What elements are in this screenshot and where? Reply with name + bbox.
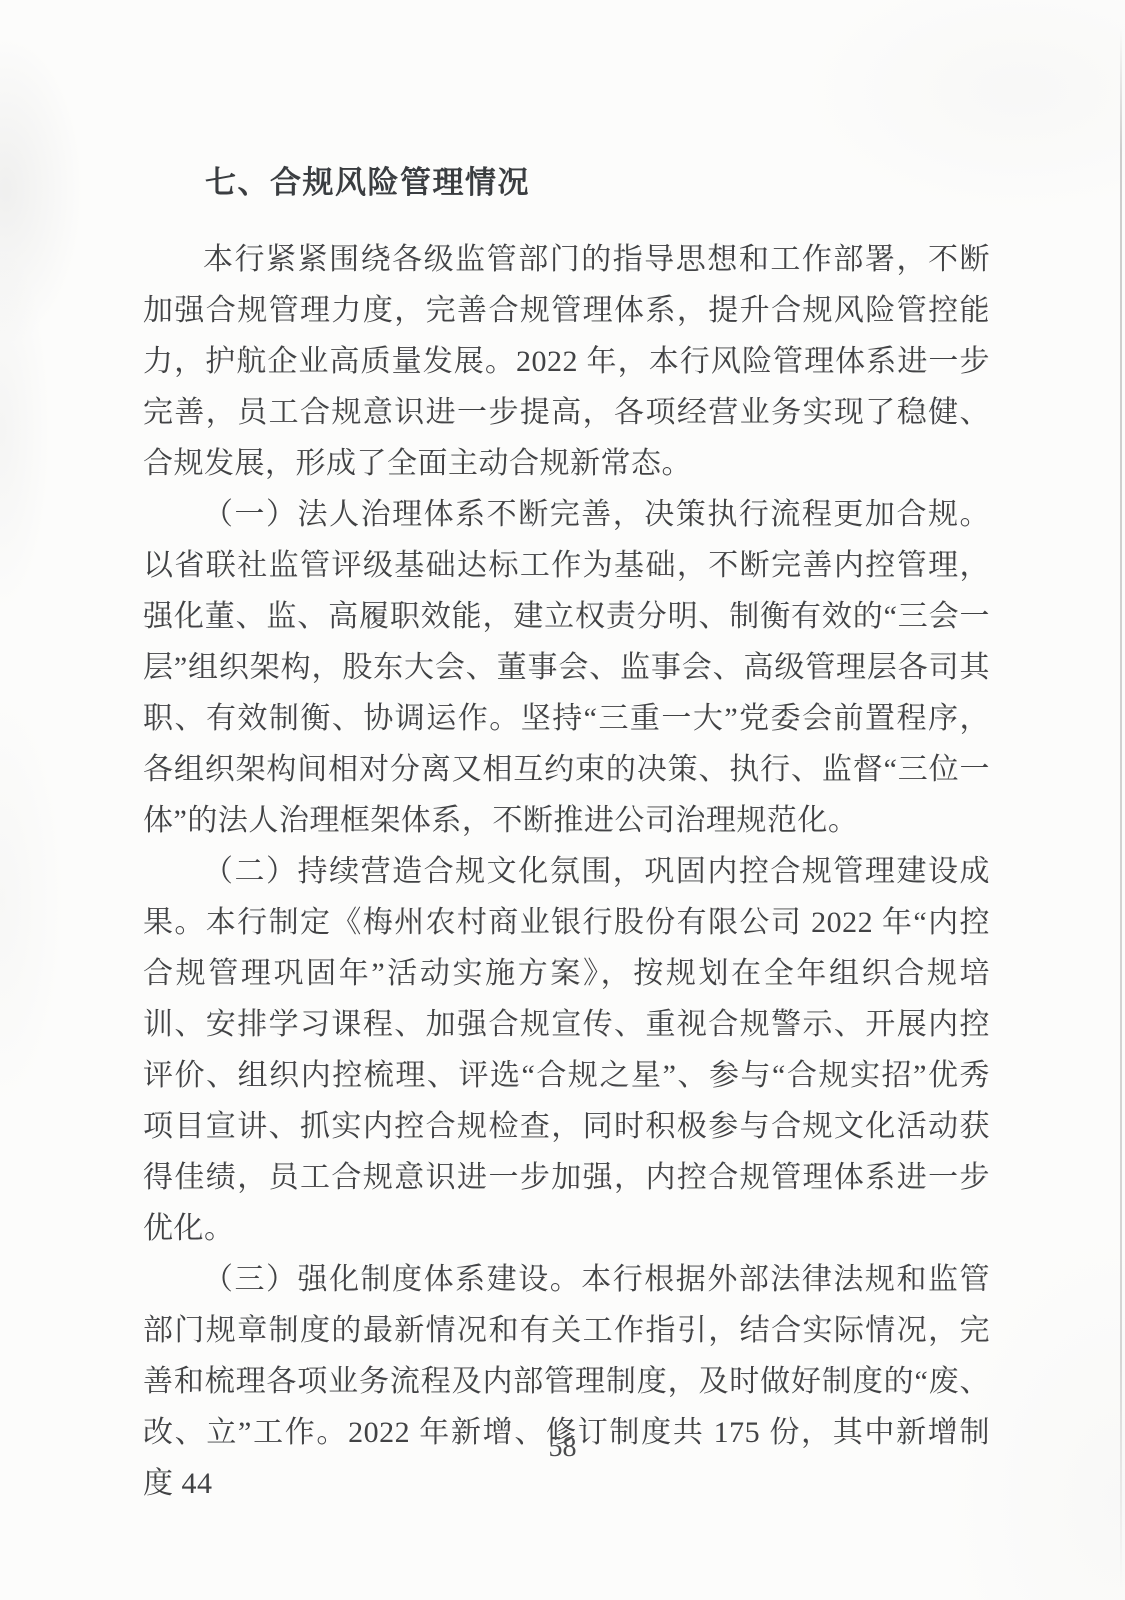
scan-edge-artifact [1120,28,1122,1588]
paragraph-governance: （一）法人治理体系不断完善，决策执行流程更加合规。以省联社监管评级基础达标工作为… [143,489,990,846]
paragraph-compliance-culture: （二）持续营造合规文化氛围，巩固内控合规管理建设成果。本行制定《梅州农村商业银行… [143,846,990,1254]
page-content: 七、合规风险管理情况 本行紧紧围绕各级监管部门的指导思想和工作部署，不断加强合规… [143,0,990,1509]
paragraph-policy-system: （三）强化制度体系建设。本行根据外部法律法规和监管部门规章制度的最新情况和有关工… [143,1254,990,1509]
section-body: 本行紧紧围绕各级监管部门的指导思想和工作部署，不断加强合规管理力度，完善合规管理… [143,234,990,1509]
page-number: 58 [0,1428,1125,1468]
paragraph-overview: 本行紧紧围绕各级监管部门的指导思想和工作部署，不断加强合规管理力度，完善合规管理… [143,234,990,489]
section-title: 七、合规风险管理情况 [143,0,990,204]
document-page: 七、合规风险管理情况 本行紧紧围绕各级监管部门的指导思想和工作部署，不断加强合规… [0,0,1125,1600]
